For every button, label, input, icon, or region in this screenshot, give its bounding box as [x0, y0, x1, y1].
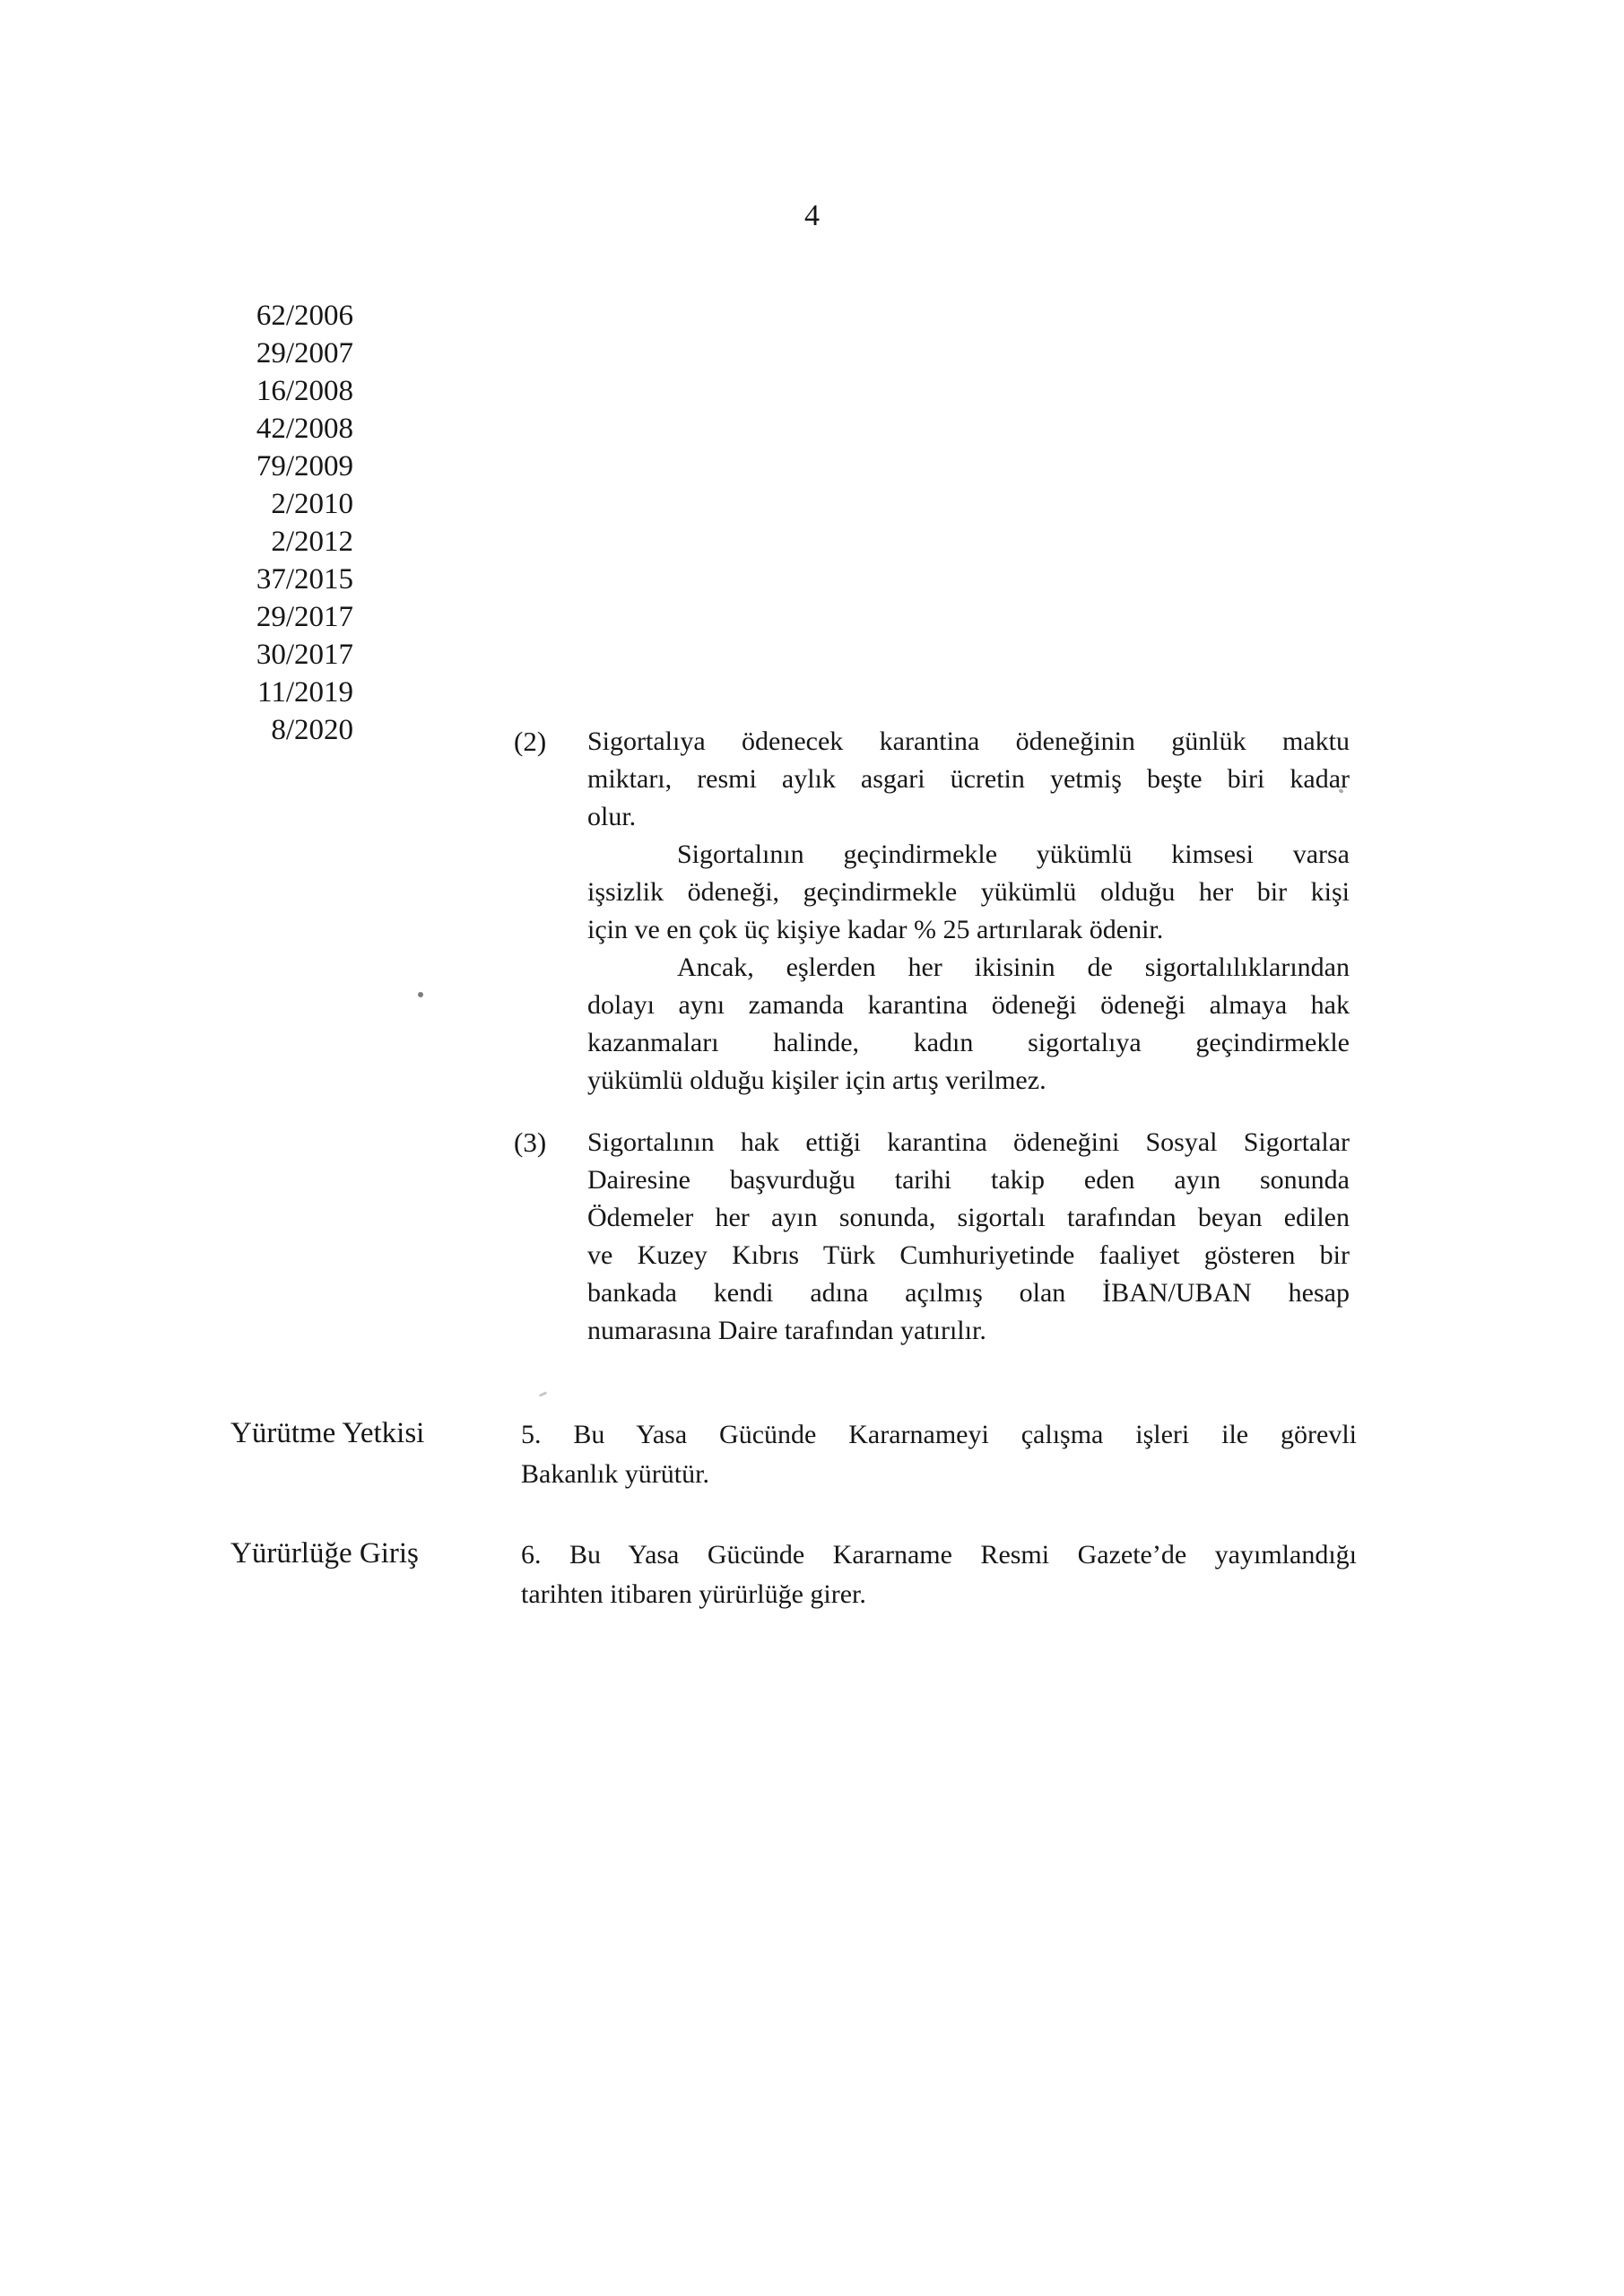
text-line: 79/2009 [230, 448, 353, 485]
text-line: Bakanlık yürütür. [521, 1455, 1357, 1494]
text-line: bankada kendi adına açılmış olan İBAN/UB… [587, 1274, 1350, 1312]
text-line: için ve en çok üç kişiye kadar % 25 artı… [587, 911, 1350, 949]
document-page: { "page": { "number": "4" }, "amendments… [0, 0, 1624, 2296]
section-label-yurutme-yetkisi: Yürütme Yetkisi [230, 1417, 424, 1450]
clause-3-paragraph-1: Sigortalının hak ettiği karantina ödeneğ… [587, 1124, 1350, 1350]
text-line: Dairesine başvurduğu tarihi takip eden a… [587, 1161, 1350, 1199]
text-line: 8/2020 [230, 711, 353, 749]
section-5-text: 5. Bu Yasa Gücünde Kararnameyi çalışma i… [521, 1415, 1357, 1494]
text-line: işsizlik ödeneği, geçindirmekle yükümlü … [587, 874, 1350, 911]
text-line: 16/2008 [230, 372, 353, 410]
clause-2-paragraph-3: Ancak, eşlerden her ikisinin de sigortal… [587, 949, 1350, 1100]
text-line: Ancak, eşlerden her ikisinin de sigortal… [587, 949, 1350, 987]
text-line: dolayı aynı zamanda karantina ödeneği öd… [587, 987, 1350, 1024]
text-line: yükümlü olduğu kişiler için artış verilm… [587, 1062, 1350, 1100]
text-line: Sigortalıya ödenecek karantina ödeneğini… [587, 723, 1350, 761]
clause-2-marker: (2) [514, 723, 546, 761]
clause-2-body: Sigortalıya ödenecek karantina ödeneğini… [587, 723, 1350, 1100]
text-line: 62/2006 [230, 297, 353, 335]
clause-2-paragraph-2: Sigortalının geçindirmekle yükümlü kimse… [587, 836, 1350, 949]
text-line: Sigortalının hak ettiği karantina ödeneğ… [587, 1124, 1350, 1161]
text-line: 29/2017 [230, 598, 353, 636]
text-line: numarasına Daire tarafından yatırılır. [587, 1312, 1350, 1350]
scan-speck [418, 992, 423, 997]
text-line: 2/2012 [230, 523, 353, 561]
clause-3-body: Sigortalının hak ettiği karantina ödeneğ… [587, 1124, 1350, 1350]
clause-3: (3) Sigortalının hak ettiği karantina öd… [514, 1124, 1350, 1350]
text-line: tarihten itibaren yürürlüğe girer. [521, 1575, 1357, 1614]
text-line: 37/2015 [230, 561, 353, 598]
text-line: 6. Bu Yasa Gücünde Kararname Resmi Gazet… [521, 1535, 1357, 1575]
text-line: 29/2007 [230, 335, 353, 372]
amendment-number-list: 62/200629/200716/200842/200879/20092/201… [230, 297, 353, 749]
text-line: ve Kuzey Kıbrıs Türk Cumhuriyetinde faal… [587, 1237, 1350, 1274]
text-line: kazanmaları halinde, kadın sigortalıya g… [587, 1024, 1350, 1062]
text-line: Ödemeler her ayın sonunda, sigortalı tar… [587, 1199, 1350, 1237]
section-label-yururluge-giris: Yürürlüğe Giriş [230, 1537, 419, 1570]
text-line: Sigortalının geçindirmekle yükümlü kimse… [587, 836, 1350, 874]
text-line: 30/2017 [230, 636, 353, 674]
text-line: miktarı, resmi aylık asgari ücretin yetm… [587, 761, 1350, 798]
text-line: 5. Bu Yasa Gücünde Kararnameyi çalışma i… [521, 1415, 1357, 1455]
scan-speck [539, 1391, 547, 1397]
section-6-text: 6. Bu Yasa Gücünde Kararname Resmi Gazet… [521, 1535, 1357, 1614]
clause-2-paragraph-1: Sigortalıya ödenecek karantina ödeneğini… [587, 723, 1350, 836]
clause-2: (2) Sigortalıya ödenecek karantina ödene… [514, 723, 1350, 1100]
text-line: 42/2008 [230, 410, 353, 448]
text-line: olur. [587, 798, 1350, 836]
text-line: 2/2010 [230, 485, 353, 523]
text-line: 11/2019 [230, 674, 353, 711]
clause-3-marker: (3) [514, 1124, 546, 1161]
page-number: 4 [0, 199, 1624, 233]
